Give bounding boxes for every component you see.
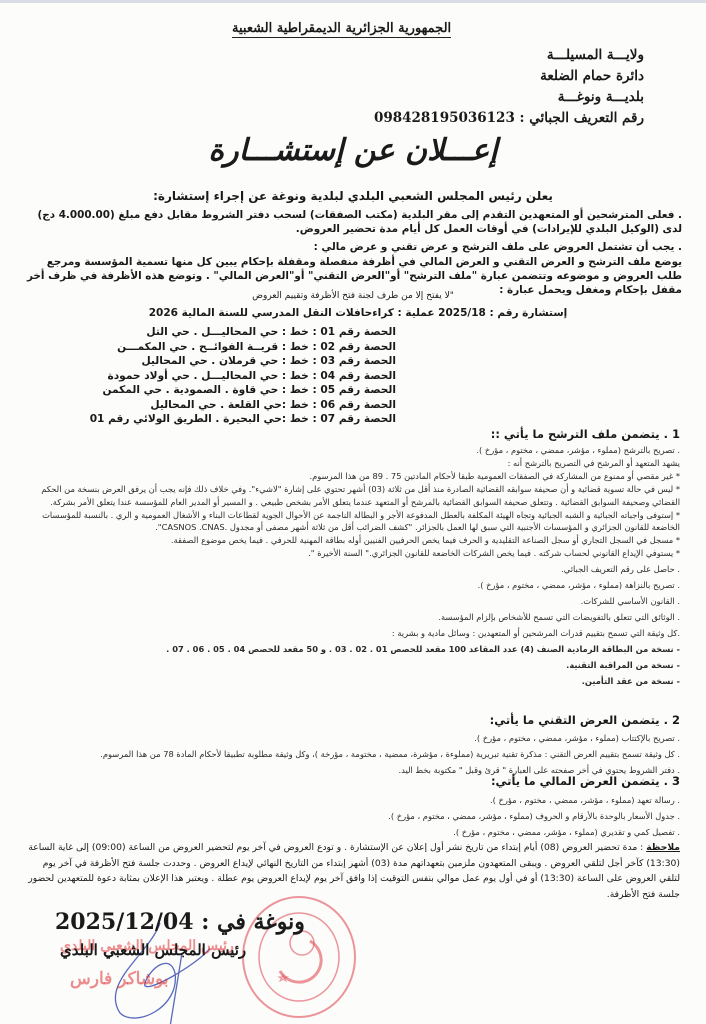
lot-item: الحصة رقم 03 : خط : حي قرملان . حي المحا… — [90, 354, 396, 369]
section1-item: * غير مقصي أو ممنوع من المشاركة في الصفق… — [20, 470, 680, 483]
wilaya: ولايـــة المسيلـــة — [374, 45, 644, 66]
section3-item: . رسالة تعهد (مملوء ، مؤشر، ممضي ، مختوم… — [20, 792, 680, 808]
envelope-quote: "لا يفتح إلا من طرف لجنة فتح الأظرفة وتق… — [0, 291, 706, 301]
tax-id-row: رقم التعريف الجبائي : 098428195036123 — [374, 108, 644, 129]
place-date-label: ونوغة في : — [201, 909, 305, 935]
place-and-date: ونوغة في : 2025/12/04 — [55, 909, 305, 935]
section3-item: . تفصيل كمي و تقديري (مملوء ، مؤشر، ممضي… — [20, 824, 680, 840]
section1-item: * مسجل في السجل التجاري أو سجل الصناعة ا… — [20, 534, 680, 547]
signatory-title: رئيس المجلس الشعبي البلدي — [60, 941, 246, 959]
tax-id-value: 098428195036123 — [374, 110, 515, 126]
section1-title: 1 . يتضمن ملف الترشح ما يأتي :: — [491, 427, 680, 441]
lot-item: الحصة رقم 05 : خط : حي قاوة . الصمودية .… — [90, 383, 396, 398]
section1-item: - نسخة من البطاقة الرمادية الصنف (4) عدد… — [20, 643, 680, 656]
consultation-reference: إستشارة رقم : 2025/18 عملية : كراءحافلات… — [0, 307, 706, 319]
section1-item: * إستوفى واجباته الجبائية و الشبه الجبائ… — [20, 509, 680, 535]
section1-item: . الوثائق التي تتعلق بالتفويضات التي تسم… — [20, 611, 680, 624]
section1-item: - نسخة من المراقبة التقنية. — [20, 659, 680, 672]
note-label: ملاحظة — [646, 842, 680, 853]
section1-item: . حاصل على رقم التعريف الجبائي. — [20, 563, 680, 576]
lots-list: الحصة رقم 01 : خط : حي المحاليـــل . حي … — [90, 325, 396, 427]
lot-item: الحصة رقم 07 : خط :حي البحيرة . الطريق ا… — [90, 412, 396, 427]
section1-item: .كل وثيقة التي تسمح بتقييم قدرات المرشحي… — [20, 627, 680, 640]
republic-heading: الجمهورية الجزائرية الديمقراطية الشعبية — [232, 21, 451, 38]
paragraph-offer-content: . يجب أن تشتمل العروض على ملف الترشح و ع… — [24, 240, 682, 254]
section2-title: 2 . يتضمن العرض التقني ما يأتي: — [490, 713, 680, 727]
section3-item: . جدول الأسعار بالوحدة بالأرقام و الحروف… — [20, 808, 680, 824]
section1-item: - نسخة من عقد التأمين. — [20, 675, 680, 688]
daira: دائرة حمام الضلعة — [374, 66, 644, 87]
section1-items: . تصريح بالترشح (مملوء ، مؤشر، ممضي ، مخ… — [20, 444, 680, 687]
lot-item: الحصة رقم 06 : خط :حي القلعة . حي المحال… — [90, 398, 396, 413]
name-stamp: بوشاكر فارس — [70, 969, 169, 989]
issuer-header: ولايـــة المسيلـــة دائرة حمام الضلعة بل… — [374, 45, 644, 129]
section1-item: * يستوفي الإيداع القانوني لحساب شركته . … — [20, 547, 680, 560]
signature-date: 2025/12/04 — [55, 909, 194, 935]
lot-item: الحصة رقم 02 : خط : قريــة الفوائــح . ح… — [90, 340, 396, 355]
tax-id-label: رقم التعريف الجبائي : — [520, 110, 644, 126]
document-page: الجمهورية الجزائرية الديمقراطية الشعبية … — [0, 0, 706, 1024]
section1-item: . القانون الأساسي للشركات. — [20, 595, 680, 608]
lot-item: الحصة رقم 01 : خط : حي المحاليـــل . حي … — [90, 325, 396, 340]
section2-items: . تصريح بالإكتتاب (مملوء ، مؤشر، ممضي ، … — [20, 730, 680, 778]
section3-title: 3 . يتضمن العرض المالي ما يأتي: — [491, 774, 680, 788]
section1-item: . تصريح بالنزاهة (مملوء ، مؤشر، ممضي ، م… — [20, 579, 680, 592]
section1-item: . تصريح بالترشح (مملوء ، مؤشر، ممضي ، مخ… — [20, 444, 680, 457]
section2-item: . كل وثيقة تسمح بتقييم العرض التقني : مذ… — [20, 746, 680, 762]
section1-item: * ليس في حالة تسوية قضائية و أن صحيفة سو… — [20, 483, 680, 509]
commune: بلديـــة ونوغـــة — [374, 87, 644, 108]
announcement-title: إعـــلان عن إستشـــارة — [0, 133, 706, 168]
section1-item: يشهد المتعهد أو المرشح في التصريح بالترش… — [20, 457, 680, 470]
section2-item: . تصريح بالإكتتاب (مملوء ، مؤشر، ممضي ، … — [20, 730, 680, 746]
section3-items: . رسالة تعهد (مملوء ، مؤشر، ممضي ، مختوم… — [20, 792, 680, 840]
intro-line: يعلن رئيس المجلس الشعبي البلدي لبلدية ون… — [0, 189, 706, 203]
note-text: : مدة تحضير العروض (08) أيام إبتداء من ت… — [28, 842, 680, 900]
lot-item: الحصة رقم 04 : خط : حي المحاليـــل . حي … — [90, 369, 396, 384]
paragraph-withdraw-specs: . فعلى المترشحين أو المتعهدين التقدم إلى… — [24, 208, 682, 236]
